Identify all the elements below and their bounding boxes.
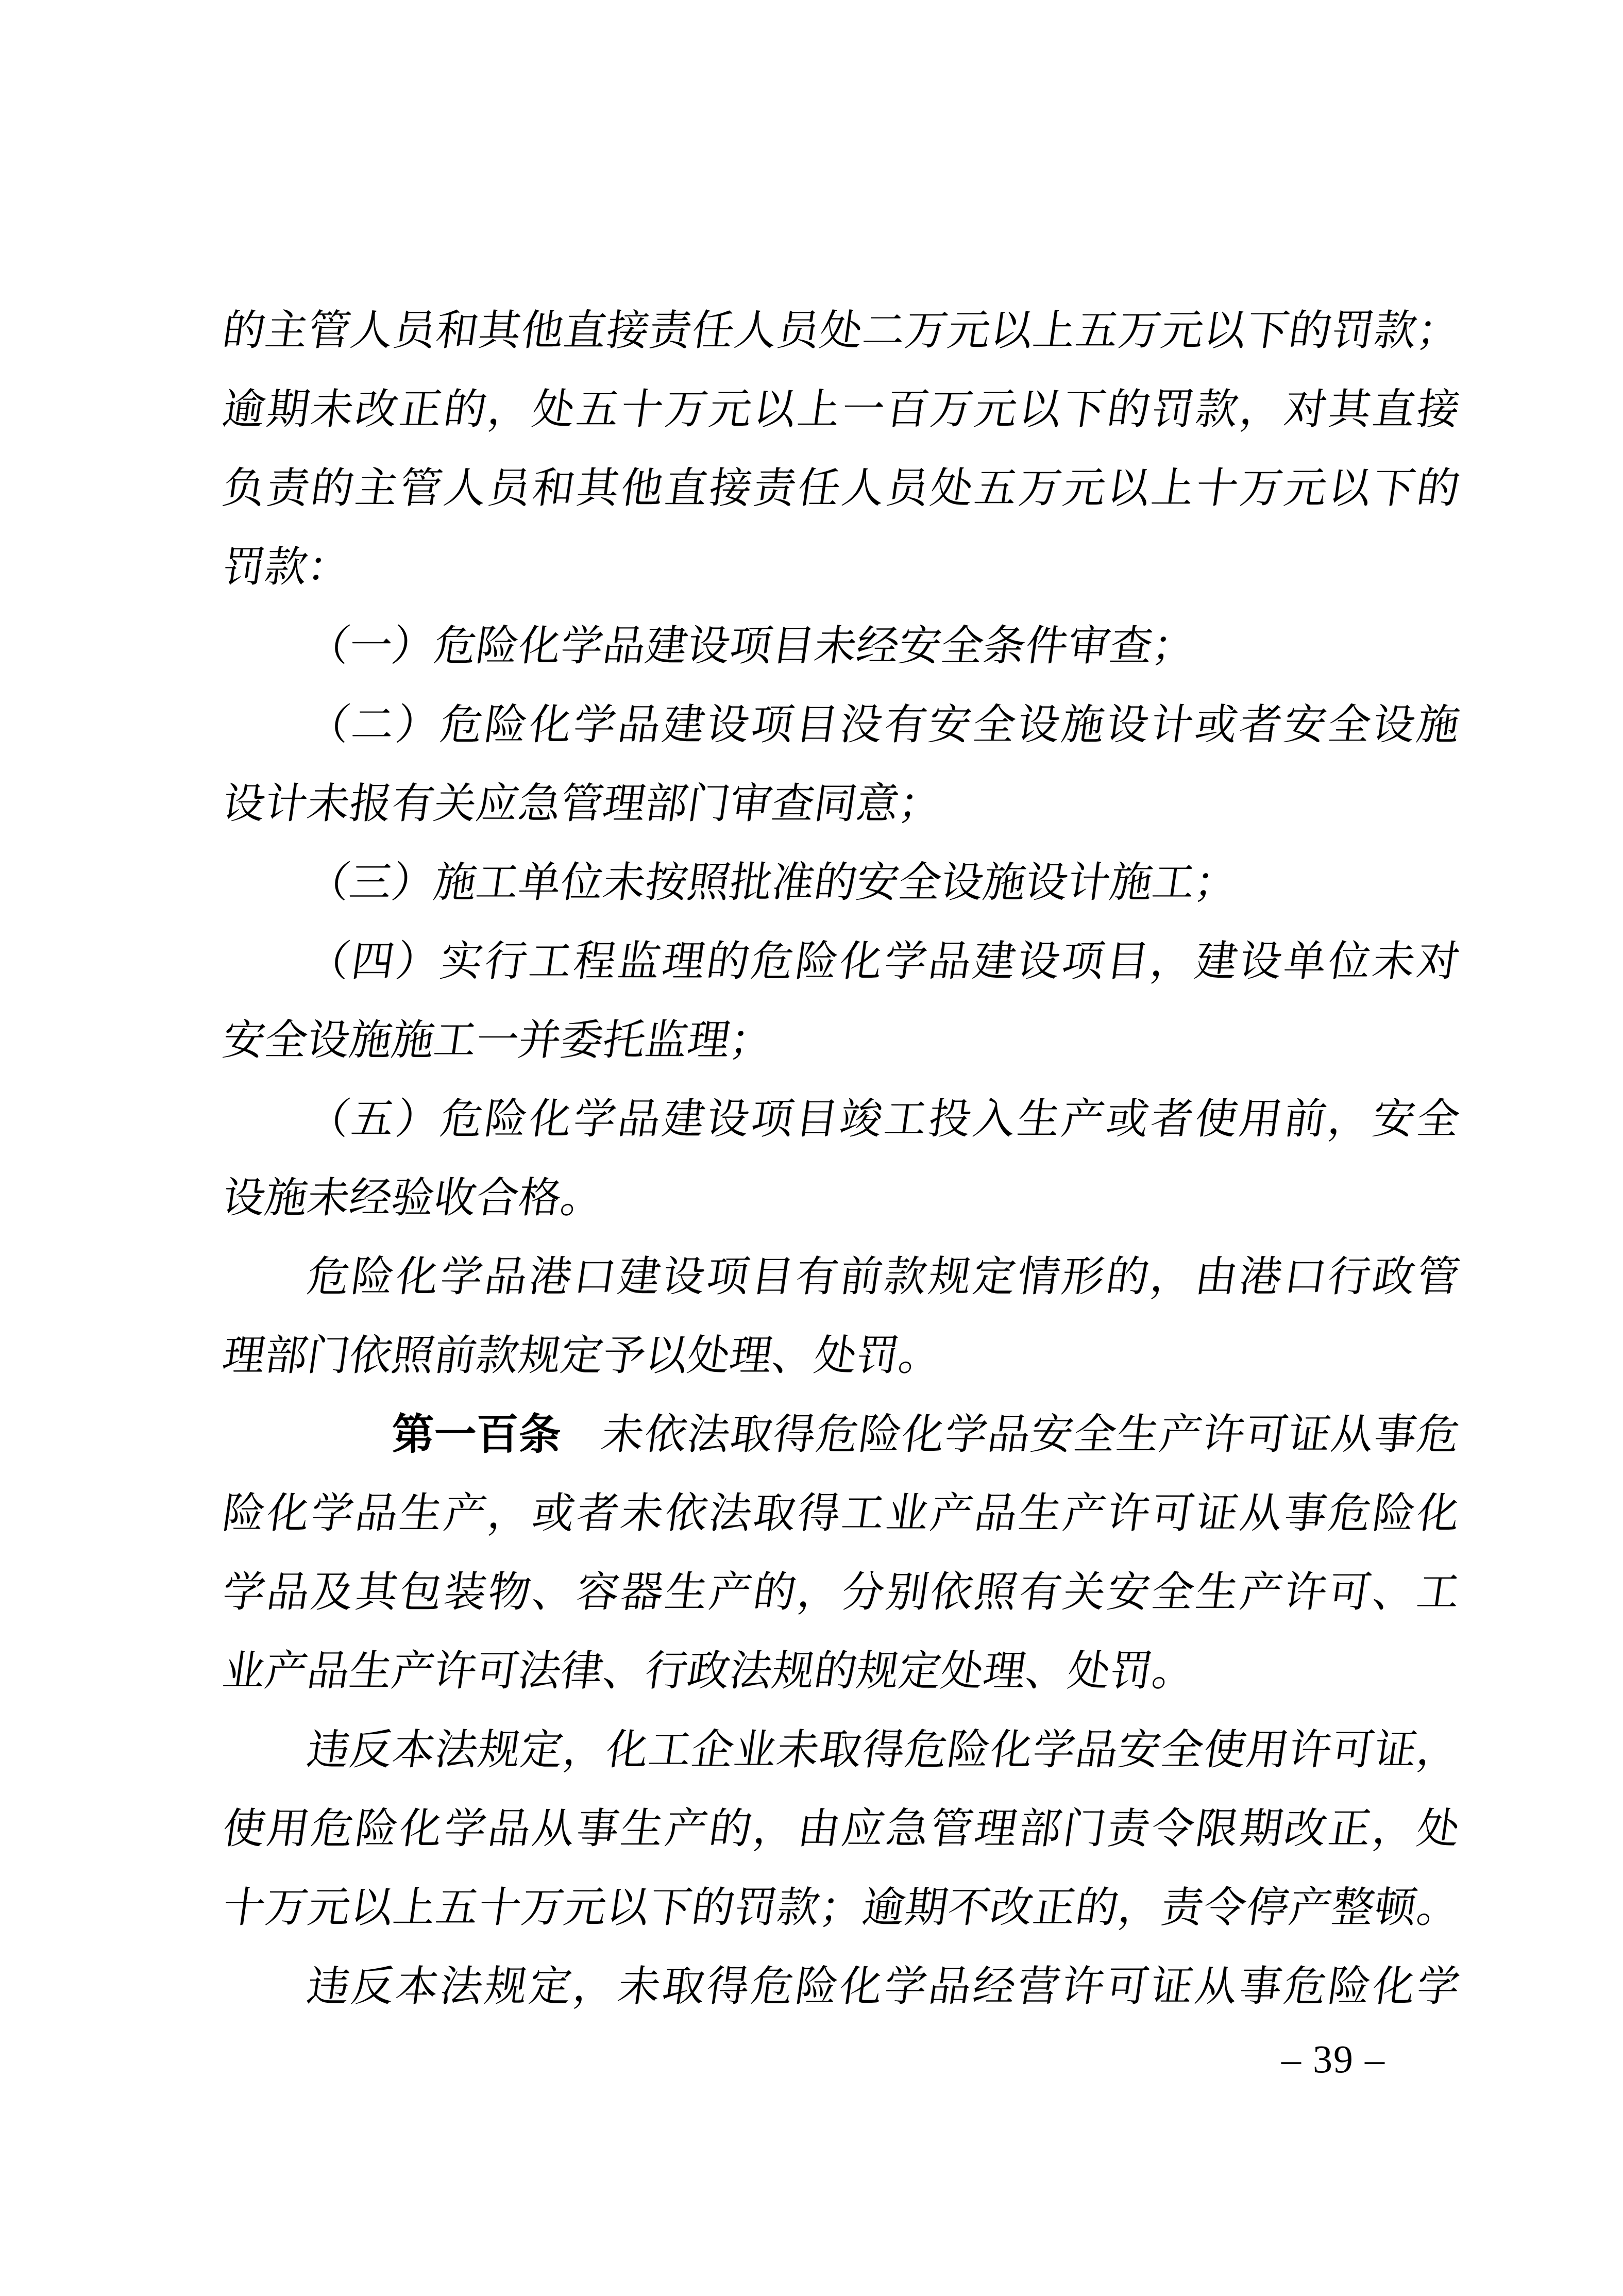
body-line: 第一百条未依法取得危险化学品安全生产许可证从事危 bbox=[217, 1395, 1465, 1474]
body-line: 学品及其包装物、容器生产的，分别依照有关安全生产许可、工 bbox=[217, 1553, 1465, 1632]
document-page: 的主管人员和其他直接责任人员处二万元以上五万元以下的罚款； 逾期未改正的，处五十… bbox=[0, 0, 1623, 2296]
body-line: 违反本法规定，未取得危险化学品经营许可证从事危险化学 bbox=[217, 1947, 1465, 2026]
body-line: 设计未报有关应急管理部门审查同意； bbox=[217, 764, 1465, 843]
body-line: 危险化学品港口建设项目有前款规定情形的，由港口行政管 bbox=[217, 1237, 1465, 1316]
body-line: 险化学品生产，或者未依法取得工业产品生产许可证从事危险化 bbox=[217, 1474, 1465, 1553]
body-line: 安全设施施工一并委托监理； bbox=[217, 1001, 1465, 1080]
body-line: 的主管人员和其他直接责任人员处二万元以上五万元以下的罚款； bbox=[217, 291, 1465, 370]
body-line: （四）实行工程监理的危险化学品建设项目，建设单位未对 bbox=[217, 922, 1465, 1001]
article-number: 第一百条 bbox=[308, 1395, 561, 1474]
page-number: – 39 – bbox=[1281, 2036, 1385, 2083]
body-line: 理部门依照前款规定予以处理、处罚。 bbox=[217, 1316, 1465, 1395]
body-line: （一）危险化学品建设项目未经安全条件审查； bbox=[217, 607, 1465, 685]
body-line: （二）危险化学品建设项目没有安全设施设计或者安全设施 bbox=[217, 685, 1465, 764]
body-line: 逾期未改正的，处五十万元以上一百万元以下的罚款，对其直接 bbox=[217, 370, 1465, 449]
body-line: （五）危险化学品建设项目竣工投入生产或者使用前，安全 bbox=[217, 1080, 1465, 1159]
body-text: 的主管人员和其他直接责任人员处二万元以上五万元以下的罚款； 逾期未改正的，处五十… bbox=[217, 291, 1454, 2026]
body-line: 违反本法规定，化工企业未取得危险化学品安全使用许可证， bbox=[217, 1711, 1465, 1789]
body-line: （三）施工单位未按照批准的安全设施设计施工； bbox=[217, 843, 1465, 922]
body-line: 使用危险化学品从事生产的，由应急管理部门责令限期改正，处 bbox=[217, 1789, 1465, 1868]
article-text: 未依法取得危险化学品安全生产许可证从事危 bbox=[598, 1411, 1463, 1458]
body-line: 负责的主管人员和其他直接责任人员处五万元以上十万元以下的 bbox=[217, 449, 1465, 528]
body-line: 设施未经验收合格。 bbox=[217, 1159, 1465, 1237]
body-line: 罚款： bbox=[217, 528, 1465, 607]
body-line: 业产品生产许可法律、行政法规的规定处理、处罚。 bbox=[217, 1632, 1465, 1711]
body-line: 十万元以上五十万元以下的罚款；逾期不改正的，责令停产整顿。 bbox=[217, 1868, 1465, 1947]
